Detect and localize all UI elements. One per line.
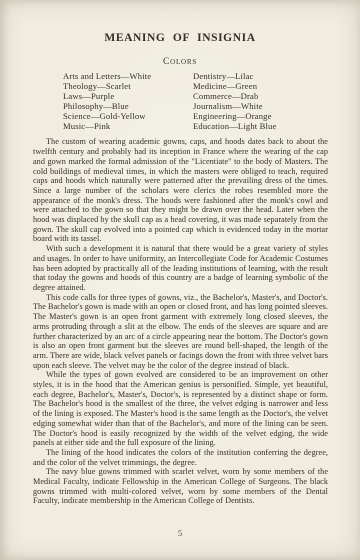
book-page: MEANING OF INSIGNIA Colors Arts and Lett… — [0, 0, 360, 560]
paragraph: With such a development it is natural th… — [33, 244, 328, 293]
paragraph: The navy blue gowns trimmed with scarlet… — [33, 467, 328, 506]
colors-column-left: Arts and Letters—White Theology—Scarlet … — [63, 72, 193, 131]
color-item: Education—Light Blue — [193, 122, 276, 132]
page-number: 5 — [0, 528, 360, 538]
body-text: The custom of wearing academic gowns, ca… — [33, 137, 328, 506]
colors-list: Arts and Letters—White Theology—Scarlet … — [33, 72, 327, 131]
paragraph: The custom of wearing academic gowns, ca… — [33, 137, 328, 244]
paragraph: The lining of the hood indicates the col… — [33, 448, 328, 467]
color-item: Music—Pink — [63, 122, 193, 132]
section-heading-colors: Colors — [0, 57, 360, 67]
paragraph: While the types of gown evolved are cons… — [33, 370, 328, 448]
colors-column-right: Dentistry—Lilac Medicine—Green Commerce—… — [193, 72, 276, 131]
page-title: MEANING OF INSIGNIA — [0, 0, 360, 44]
paragraph: This code calls for three types of gowns… — [33, 293, 328, 371]
